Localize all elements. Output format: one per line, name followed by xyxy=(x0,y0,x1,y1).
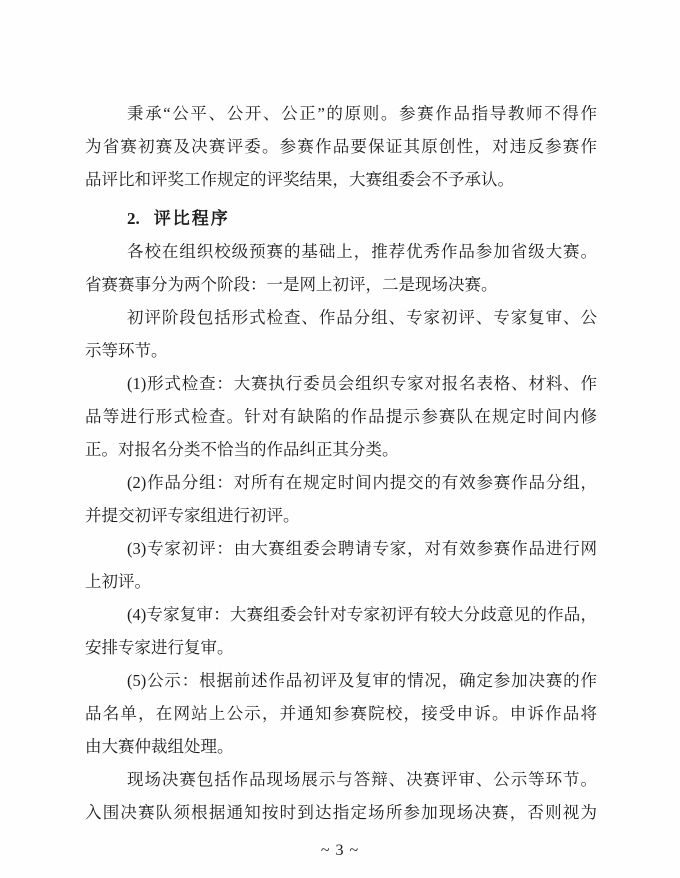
section-heading: 2.评比程序 xyxy=(85,202,597,235)
text-line: (5)公示：根据前述作品初评及复审的情况，确定参加决赛的作 xyxy=(85,664,597,697)
text-line: (2)作品分组：对所有在规定时间内提交的有效参赛作品分组， xyxy=(85,466,597,499)
text-line: 并提交初评专家组进行初评。 xyxy=(85,499,597,532)
text-line: 正。对报名分类不恰当的作品纠正其分类。 xyxy=(85,433,597,466)
text-line: 入围决赛队须根据通知按时到达指定场所参加现场决赛，否则视为 xyxy=(85,796,597,829)
text-line: (4)专家复审：大赛组委会针对专家初评有较大分歧意见的作品， xyxy=(85,598,597,631)
text-line: 各校在组织校级预赛的基础上，推荐优秀作品参加省级大赛。 xyxy=(85,235,597,268)
text-line: 上初评。 xyxy=(85,565,597,598)
text-line: (3)专家初评：由大赛组委会聘请专家，对有效参赛作品进行网 xyxy=(85,532,597,565)
text-line: 现场决赛包括作品现场展示与答辩、决赛评审、公示等环节。 xyxy=(85,763,597,796)
text-line: 秉承“公平、公开、公正”的原则。参赛作品指导教师不得作 xyxy=(85,97,597,130)
heading-title: 评比程序 xyxy=(154,202,230,235)
text-line: 由大赛仲裁组处理。 xyxy=(85,730,597,763)
text-line: 品等进行形式检查。针对有缺陷的作品提示参赛队在规定时间内修 xyxy=(85,400,597,433)
text-line: 品名单，在网站上公示，并通知参赛院校，接受申诉。申诉作品将 xyxy=(85,697,597,730)
document-body: 秉承“公平、公开、公正”的原则。参赛作品指导教师不得作为省赛初赛及决赛评委。参赛… xyxy=(85,97,597,829)
document-page: 秉承“公平、公开、公正”的原则。参赛作品指导教师不得作为省赛初赛及决赛评委。参赛… xyxy=(0,0,680,878)
text-line: 安排专家进行复审。 xyxy=(85,631,597,664)
page-number: ~ 3 ~ xyxy=(0,840,680,862)
text-line: 示等环节。 xyxy=(85,334,597,367)
heading-number: 2. xyxy=(127,202,140,235)
text-line: 省赛赛事分为两个阶段：一是网上初评，二是现场决赛。 xyxy=(85,268,597,301)
text-line: 品评比和评奖工作规定的评奖结果，大赛组委会不予承认。 xyxy=(85,163,597,196)
text-line: (1)形式检查：大赛执行委员会组织专家对报名表格、材料、作 xyxy=(85,367,597,400)
text-line: 初评阶段包括形式检查、作品分组、专家初评、专家复审、公 xyxy=(85,301,597,334)
text-line: 为省赛初赛及决赛评委。参赛作品要保证其原创性，对违反参赛作 xyxy=(85,130,597,163)
